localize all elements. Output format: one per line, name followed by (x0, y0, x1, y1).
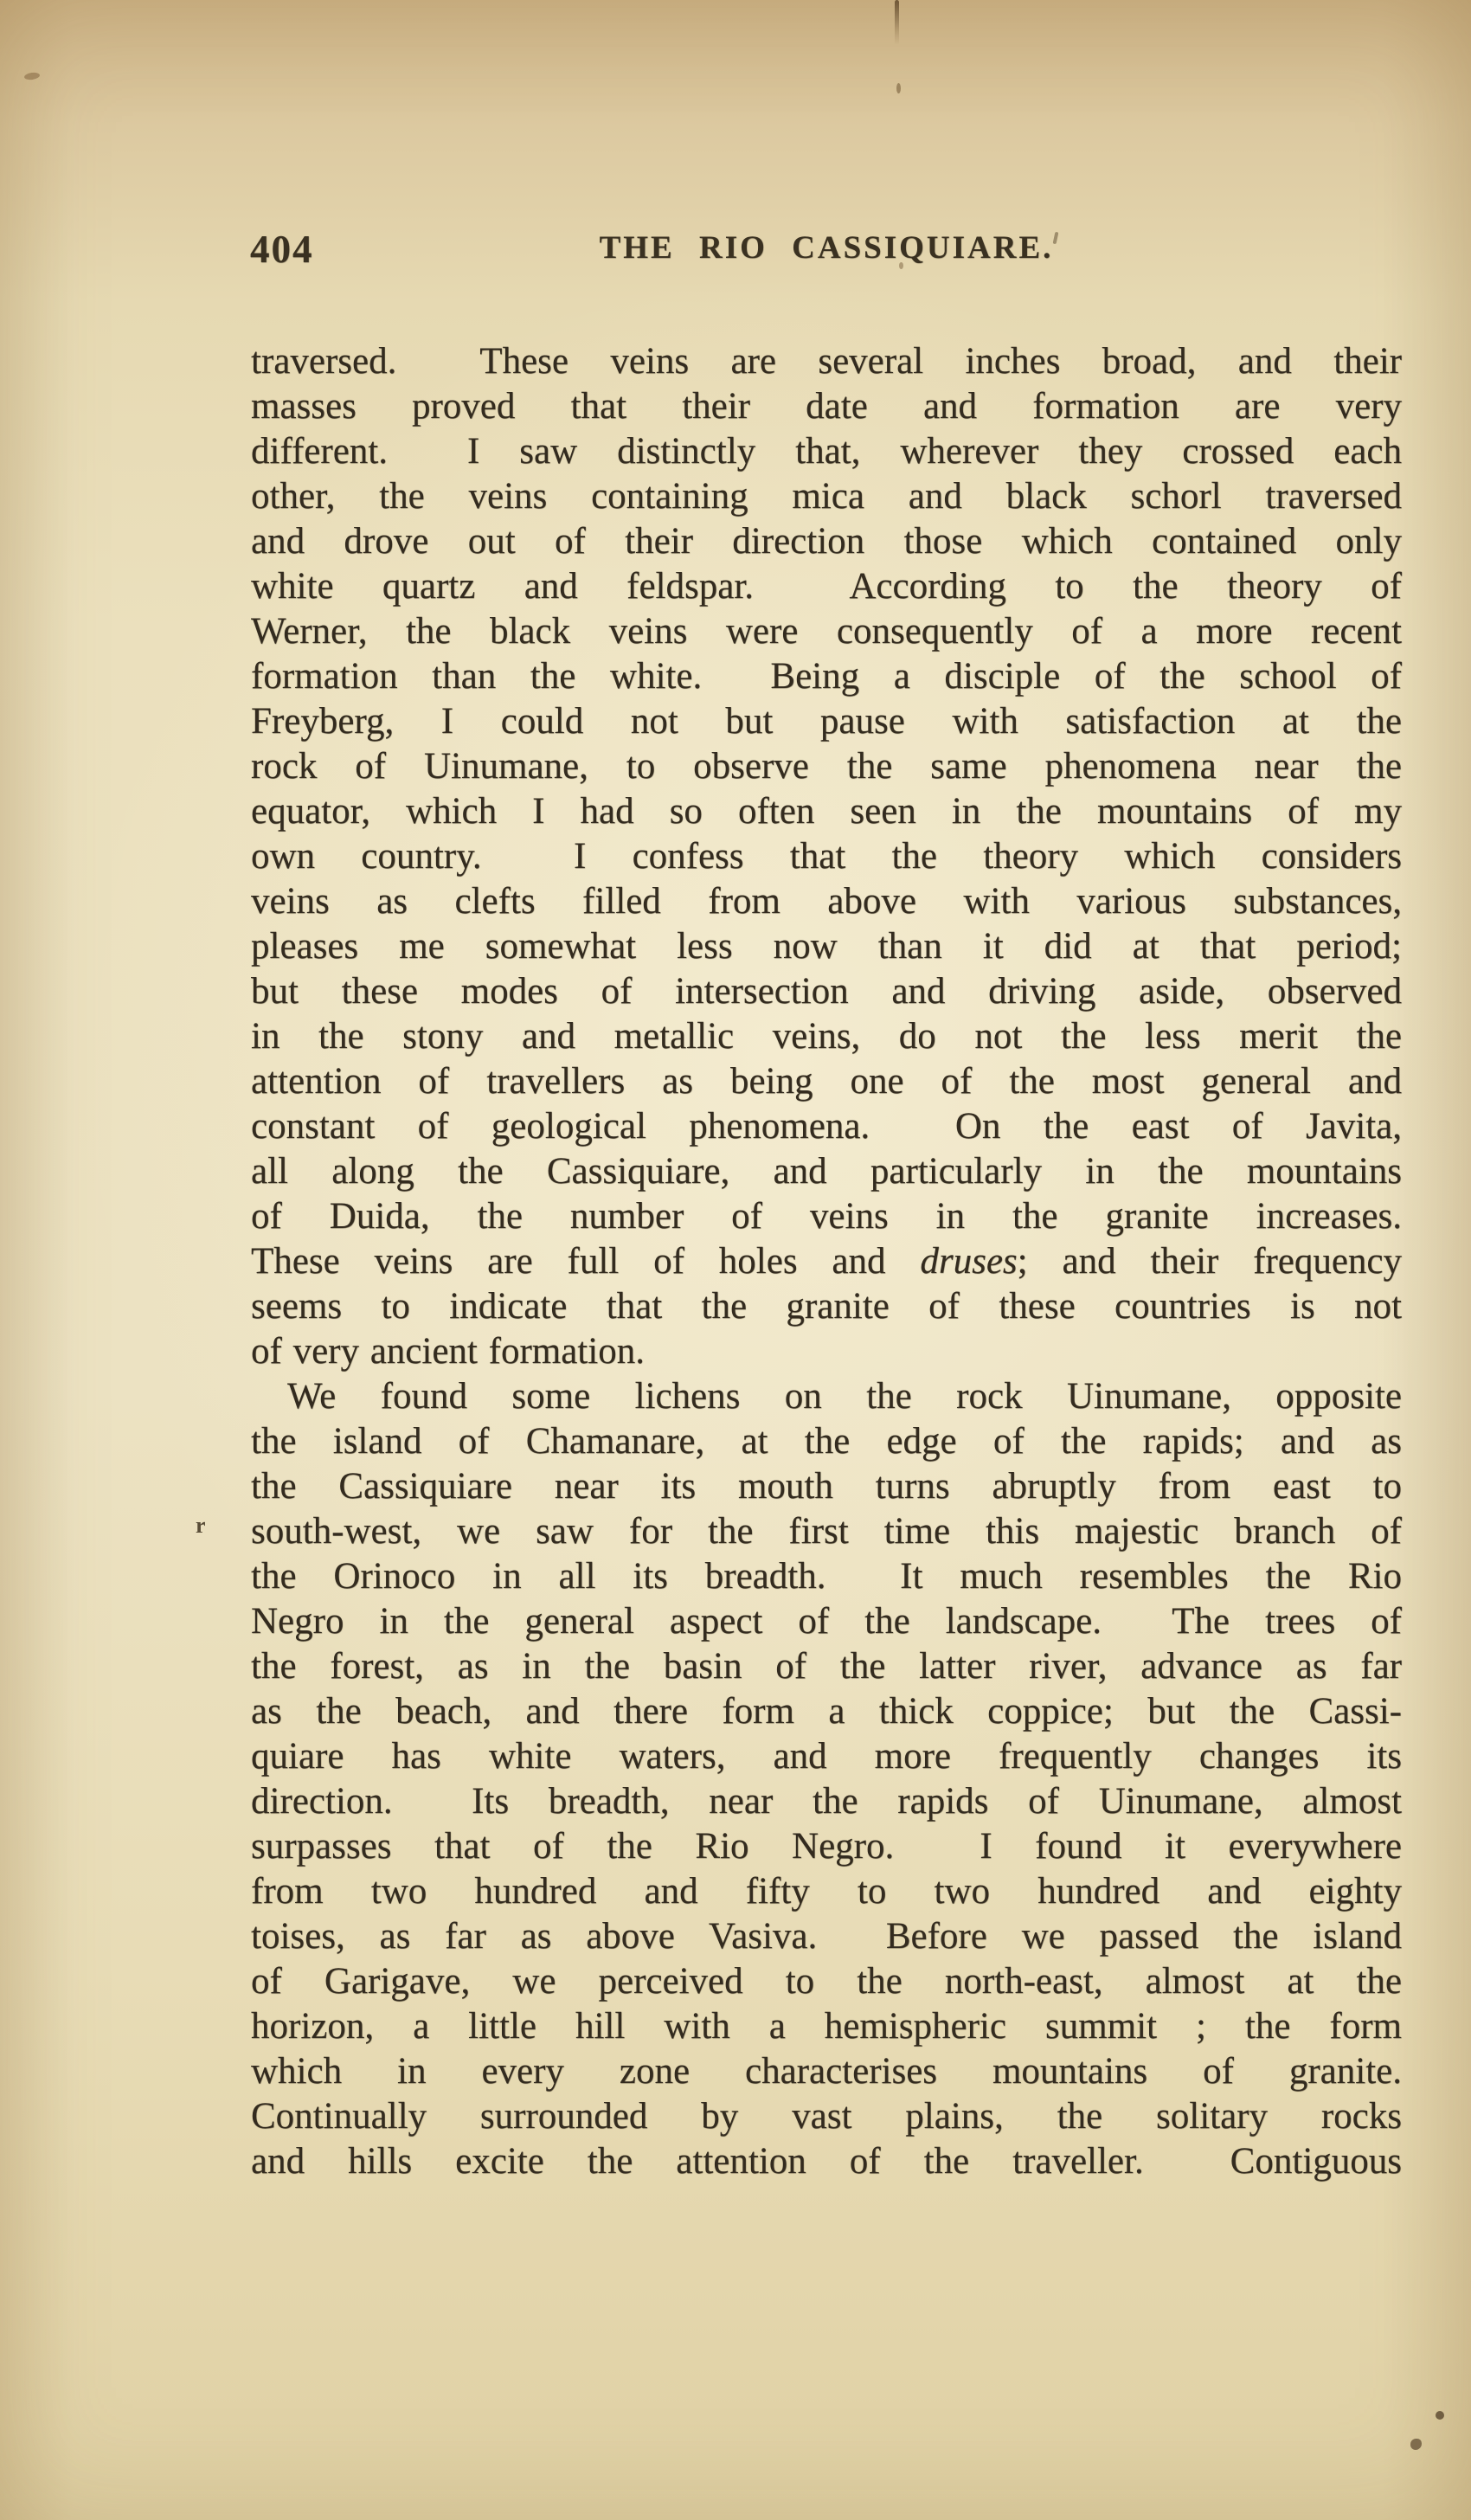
text-line: formation than the white. Being a discip… (251, 654, 1402, 699)
text-line: and hills excite the attention of the tr… (251, 2139, 1402, 2184)
text-line: from two hundred and fifty to two hundre… (251, 1869, 1402, 1914)
text-line: different. I saw distinctly that, wherev… (251, 429, 1402, 474)
paragraph-2: We found some lichens on the rock Uinuma… (251, 1374, 1402, 2184)
text-line: and drove out of their direction those w… (251, 519, 1402, 564)
text-line: south-west, we saw for the first time th… (251, 1509, 1402, 1554)
text-line: Freyberg, I could not but pause with sat… (251, 699, 1402, 744)
text-line: Negro in the general aspect of the lands… (251, 1599, 1402, 1644)
text-line: but these modes of intersection and driv… (251, 969, 1402, 1014)
text-line: traversed. These veins are several inche… (251, 339, 1402, 384)
text-line: the Cassiquiare near its mouth turns abr… (251, 1464, 1402, 1509)
text-line: These veins are full of holes and druses… (251, 1239, 1402, 1284)
text-line: toises, as far as above Vasiva. Before w… (251, 1914, 1402, 1959)
text-line: of Garigave, we perceived to the north-e… (251, 1959, 1402, 2004)
page-header: 404 THE RIO CASSIQUIARE. (0, 227, 1471, 272)
text-line: veins as clefts filled from above with v… (251, 879, 1402, 924)
paper-speck (1410, 2439, 1422, 2450)
paper-speck (899, 262, 903, 269)
running-title: THE RIO CASSIQUIARE. (567, 229, 1086, 267)
text-line: of very ancient formation. (251, 1329, 1402, 1374)
text-line: which in every zone characterises mounta… (251, 2049, 1402, 2094)
text-line: Werner, the black veins were consequentl… (251, 609, 1402, 654)
text-line: rock of Uinumane, to observe the same ph… (251, 744, 1402, 789)
body-text: traversed. These veins are several inche… (251, 339, 1402, 2184)
text-line: in the stony and metallic veins, do not … (251, 1014, 1402, 1059)
text-line: own country. I confess that the theory w… (251, 834, 1402, 879)
text-line: surpasses that of the Rio Negro. I found… (251, 1824, 1402, 1869)
text-line: of Duida, the number of veins in the gra… (251, 1194, 1402, 1239)
text-line: horizon, a little hill with a hemispheri… (251, 2004, 1402, 2049)
text-line: the island of Chamanare, at the edge of … (251, 1419, 1402, 1464)
text-line: white quartz and feldspar. According to … (251, 564, 1402, 609)
text-line: Continually surrounded by vast plains, t… (251, 2094, 1402, 2139)
text-line: equator, which I had so often seen in th… (251, 789, 1402, 834)
text-line: direction. Its breadth, near the rapids … (251, 1779, 1402, 1824)
paper-speck (24, 72, 41, 80)
text-line: as the beach, and there form a thick cop… (251, 1689, 1402, 1734)
text-line: seems to indicate that the granite of th… (251, 1284, 1402, 1329)
page-number: 404 (250, 227, 314, 272)
text-line: all along the Cassiquiare, and particula… (251, 1149, 1402, 1194)
paragraph-1: traversed. These veins are several inche… (251, 339, 1402, 1374)
text-line: the Orinoco in all its breadth. It much … (251, 1554, 1402, 1599)
paper-crease (895, 0, 899, 45)
text-line: constant of geological phenomena. On the… (251, 1104, 1402, 1149)
margin-mark: r (196, 1513, 206, 1539)
text-line: the forest, as in the basin of the latte… (251, 1644, 1402, 1689)
book-page: 404 THE RIO CASSIQUIARE. traversed. Thes… (0, 0, 1471, 2520)
text-line: pleases me somewhat less now than it did… (251, 924, 1402, 969)
text-line: We found some lichens on the rock Uinuma… (251, 1374, 1402, 1419)
text-line: other, the veins containing mica and bla… (251, 474, 1402, 519)
text-line: masses proved that their date and format… (251, 384, 1402, 429)
text-line: attention of travellers as being one of … (251, 1059, 1402, 1104)
paper-speck (896, 83, 901, 93)
text-line: quiare has white waters, and more freque… (251, 1734, 1402, 1779)
paper-speck (1436, 2411, 1444, 2420)
